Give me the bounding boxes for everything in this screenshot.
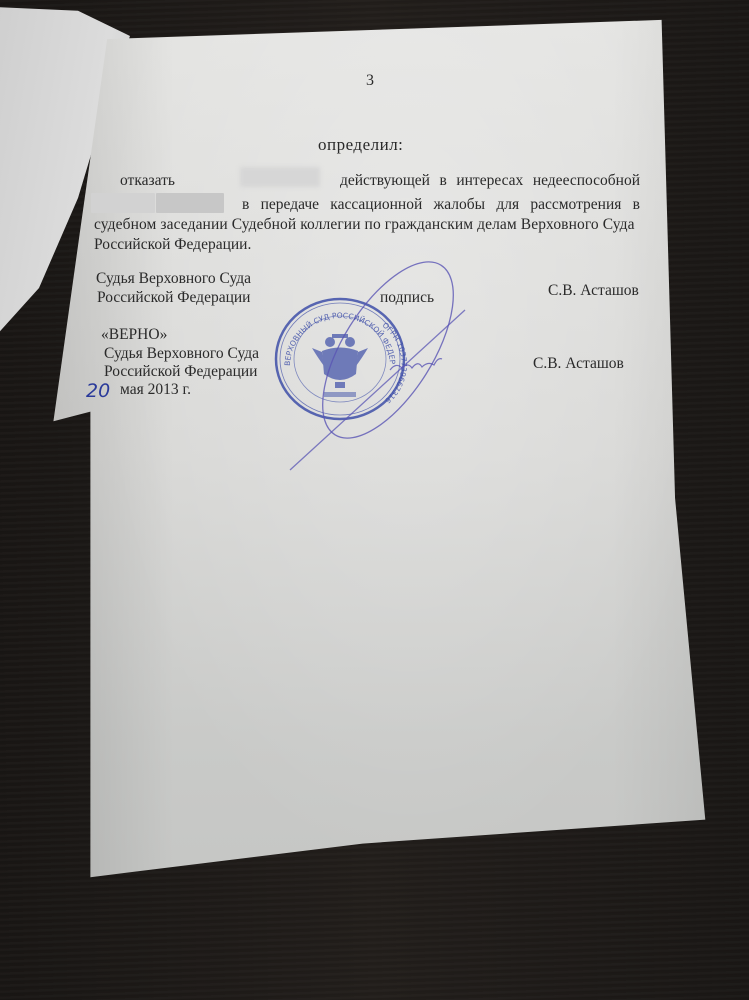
signature-title-line1: Судья Верховного Суда xyxy=(96,271,251,287)
redacted-name-1 xyxy=(240,167,320,187)
page-number: 3 xyxy=(366,73,374,89)
cert-judge-name: С.В. Асташов xyxy=(533,356,624,372)
ruling-heading: определил: xyxy=(318,136,403,153)
paragraph-line1-start: отказать xyxy=(120,173,175,189)
double-headed-eagle-icon xyxy=(312,334,368,388)
paragraph-line1-end: действующей в интересах недееспособной xyxy=(340,173,640,189)
redacted-name-2b xyxy=(156,193,224,213)
cert-date: мая 2013 г. xyxy=(120,382,191,398)
paragraph-line3: судебном заседании Судебной коллегии по … xyxy=(94,217,635,233)
cert-title-line2: Российской Федерации xyxy=(104,364,257,380)
verified-label: «ВЕРНО» xyxy=(101,327,167,343)
cert-title-line1: Судья Верховного Суда xyxy=(104,346,259,362)
handwritten-date-day: 20 xyxy=(86,380,110,402)
court-seal-stamp: ВЕРХОВНЫЙ СУД РОССИЙСКОЙ ФЕДЕРАЦИИ ОГРН … xyxy=(272,296,408,422)
paragraph-line4: Российской Федерации. xyxy=(94,237,251,253)
redacted-name-2a xyxy=(91,193,155,213)
judge-name: С.В. Асташов xyxy=(548,283,639,299)
paragraph-line2: в передаче кассационной жалобы для рассм… xyxy=(242,197,640,213)
signature-title-line2: Российской Федерации xyxy=(97,290,250,306)
